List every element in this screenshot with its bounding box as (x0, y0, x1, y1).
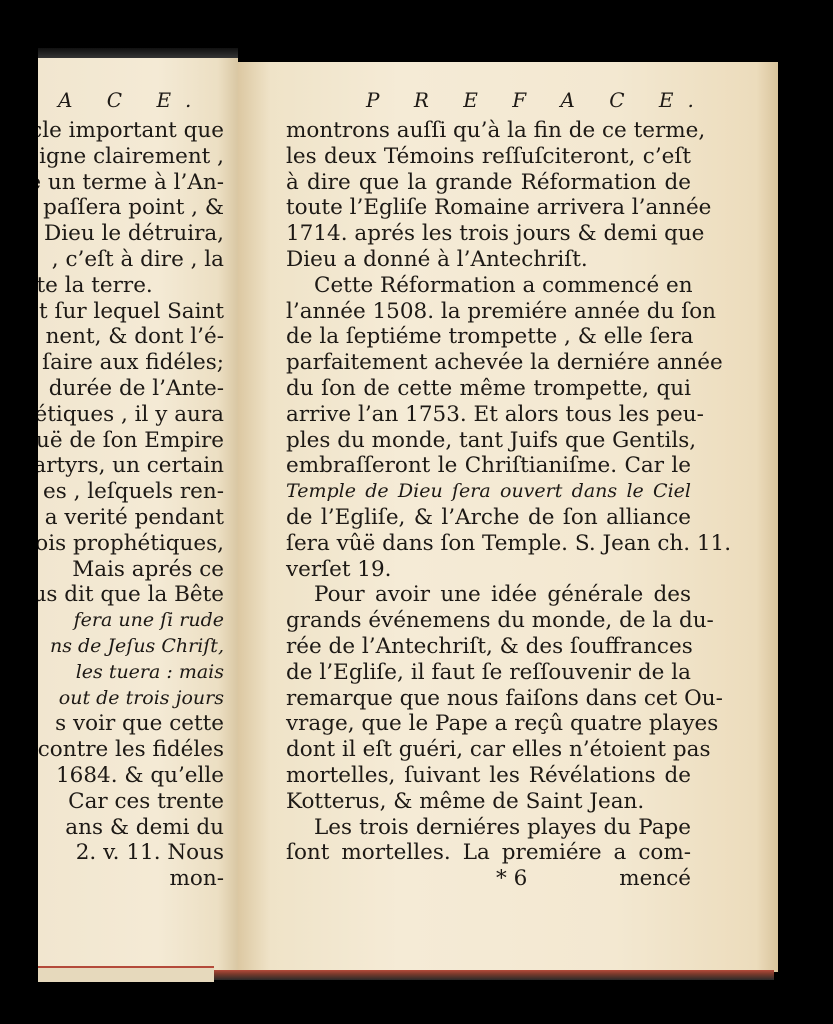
text-line: ſont mortelles. La premiére a com- (286, 840, 691, 866)
text-line: de l’Egliſe, il faut ſe reſſouvenir de l… (286, 660, 691, 686)
text-line: Pour avoir une idée générale des (286, 582, 691, 608)
text-line: arrive l’an 1753. Et alors tous les peu- (286, 402, 691, 428)
text-line: paſſera point , & (38, 195, 224, 221)
text-line: t ſur lequel Saint (38, 299, 224, 325)
text-line: de l’Egliſe, & l’Arche de ſon alliance (286, 505, 691, 531)
catchword: mon- (38, 866, 224, 892)
text-line: Les trois derniéres playes du Pape (286, 815, 691, 841)
page-footer: * 6 mencé (286, 866, 691, 892)
text-line-italic: fera une ſi rude (38, 608, 224, 634)
text-line: uë de ſon Empire (38, 428, 224, 454)
text-line-italic: Temple de Dieu ſera ouvert dans le Ciel (286, 479, 691, 505)
text-line: ſaire aux fidéles; (38, 350, 224, 376)
text-line: embraſſeront le Chriſtianiſme. Car le (286, 453, 691, 479)
text-line: parfaitement achevée la derniére année (286, 350, 691, 376)
text-line: Dieu a donné à l’Antechriſt. (286, 247, 691, 273)
open-book-scan: A C E. cle important que ſeigne claireme… (0, 0, 833, 1024)
text-line-italic: out de trois jours (38, 686, 224, 712)
text-line: us dit que la Bête (38, 582, 224, 608)
text-line: Cette Réformation a commencé en (286, 273, 691, 299)
text-line: artyrs, un certain (38, 453, 224, 479)
text-line: remarque que nous faiſons dans cet Ou- (286, 686, 691, 712)
text-line: é un terme à l’An- (38, 170, 224, 196)
text-line: montrons auſſi qu’à la fin de ce terme, (286, 118, 691, 144)
text-line: du ſon de cette même trompette, qui (286, 376, 691, 402)
text-line: r toute la terre. (38, 273, 224, 299)
left-running-head: A C E. (58, 88, 205, 112)
text-line: rée de l’Antechriſt, & des ſouffrances (286, 634, 691, 660)
text-line: Kotterus, & même de Saint Jean. (286, 789, 691, 815)
text-line: Dieu le détruira, (38, 221, 224, 247)
text-line-italic: ns de Jeſus Chriſt, (38, 634, 224, 660)
text-line: grands événemens du monde, de la du- (286, 608, 691, 634)
text-line: ples du monde, tant Juifs que Gentils, (286, 428, 691, 454)
text-line: ſeigne clairement , (38, 144, 224, 170)
text-line: toute l’Egliſe Romaine arrivera l’année (286, 195, 691, 221)
left-page-bottom-edge (38, 966, 214, 982)
signature-mark: * 6 (496, 866, 527, 892)
text-line: ans & demi du (38, 815, 224, 841)
text-line-italic: les tuera : mais (38, 660, 224, 686)
text-line: l’année 1508. la premiére année du ſon (286, 299, 691, 325)
text-line: durée de l’Ante- (38, 376, 224, 402)
text-line: nent, & dont l’é- (38, 324, 224, 350)
right-page-text: montrons auſſi qu’à la fin de ce terme, … (286, 118, 691, 892)
right-page: P R E F A C E. montrons auſſi qu’à la fi… (238, 62, 778, 972)
left-page: A C E. cle important que ſeigne claireme… (38, 58, 238, 975)
right-running-head: P R E F A C E. (366, 88, 708, 112)
text-line: ſera vûë dans ſon Temple. S. Jean ch. 11… (286, 531, 691, 557)
text-line: vrage, que le Pape a reçû quatre playes (286, 711, 691, 737)
text-line: de la ſeptiéme trompette , & elle ſera (286, 324, 691, 350)
right-page-bottom-edge (214, 970, 774, 980)
text-line: 1684. & qu’elle (38, 763, 224, 789)
text-line: verſet 19. (286, 557, 691, 583)
text-line: mortelles, ſuivant les Révélations de (286, 763, 691, 789)
text-line: 1714. aprés les trois jours & demi que (286, 221, 691, 247)
text-line: dont il eſt guéri, car elles n’étoient p… (286, 737, 691, 763)
text-line: nétiques , il y aura (38, 402, 224, 428)
text-line: es , leſquels ren- (38, 479, 224, 505)
text-line: Car ces trente (38, 789, 224, 815)
text-line: a verité pendant (38, 505, 224, 531)
text-line: ois prophétiques, (38, 531, 224, 557)
text-line: 2. v. 11. Nous (38, 840, 224, 866)
text-line: s voir que cette (38, 711, 224, 737)
catchword: mencé (619, 866, 691, 892)
text-line: contre les fidéles (38, 737, 224, 763)
text-line: , c’eſt à dire , la (38, 247, 224, 273)
text-line: cle important que (38, 118, 224, 144)
text-line: Mais aprés ce (38, 557, 224, 583)
left-page-text: cle important que ſeigne clairement , é … (38, 118, 224, 892)
text-line: à dire que la grande Réformation de (286, 170, 691, 196)
text-line: les deux Témoins reſſuſciteront, c’eſt (286, 144, 691, 170)
